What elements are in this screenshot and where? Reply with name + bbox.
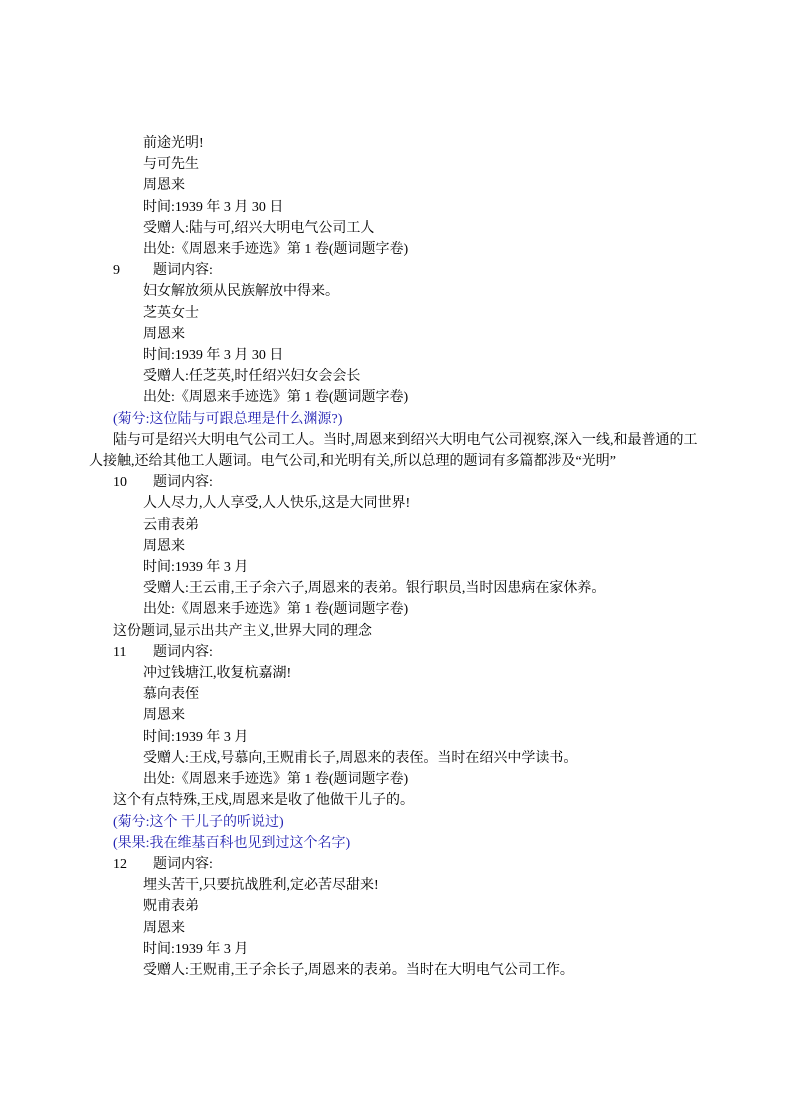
item-number: 9	[113, 260, 153, 281]
inscription-line: 受赠人:王云甫,王子余六子,周恩来的表弟。银行职员,当时因患病在家休养。	[143, 578, 711, 599]
inscription-line: 周恩来	[143, 175, 711, 196]
reader-note: (菊兮:这个 干儿子的听说过)	[89, 812, 711, 833]
inscription-line: 埋头苦干,只要抗战胜利,定必苦尽甜来!	[143, 875, 711, 896]
inscription-line: 冲过钱塘江,收复杭嘉湖!	[143, 663, 711, 684]
item-label: 题词内容:	[153, 475, 213, 490]
inscription-line: 受赠人:王贶甫,王子余长子,周恩来的表弟。当时在大明电气公司工作。	[143, 960, 711, 981]
inscription-line: 时间:1939 年 3 月	[143, 939, 711, 960]
commentary-paragraph: 这个有点特殊,王戍,周恩来是收了他做干儿子的。	[89, 790, 711, 811]
inscription-line: 受赠人:任芝英,时任绍兴妇女会会长	[143, 366, 711, 387]
inscription-line: 人人尽力,人人享受,人人快乐,这是大同世界!	[143, 493, 711, 514]
inscription-line: 出处:《周恩来手迹选》第 1 卷(题词题字卷)	[143, 769, 711, 790]
inscription-line: 慕向表侄	[143, 684, 711, 705]
inscription-line: 云甫表弟	[143, 515, 711, 536]
inscription-line: 妇女解放须从民族解放中得来。	[143, 281, 711, 302]
commentary-paragraph: 这份题词,显示出共产主义,世界大同的理念	[89, 621, 711, 642]
inscription-line: 出处:《周恩来手迹选》第 1 卷(题词题字卷)	[143, 599, 711, 620]
item-number: 11	[113, 642, 153, 663]
inscription-line: 周恩来	[143, 324, 711, 345]
reader-note: (果果:我在维基百科也见到过这个名字)	[89, 833, 711, 854]
inscription-item-heading: 11题词内容:	[113, 642, 711, 663]
inscription-line: 时间:1939 年 3 月	[143, 557, 711, 578]
inscription-line: 周恩来	[143, 918, 711, 939]
inscription-line: 周恩来	[143, 705, 711, 726]
inscription-line: 时间:1939 年 3 月 30 日	[143, 345, 711, 366]
inscription-item-heading: 10题词内容:	[113, 472, 711, 493]
inscription-line: 贶甫表弟	[143, 896, 711, 917]
inscription-line: 出处:《周恩来手迹选》第 1 卷(题词题字卷)	[143, 239, 711, 260]
inscription-line: 受赠人:陆与可,绍兴大明电气公司工人	[143, 218, 711, 239]
inscription-line: 出处:《周恩来手迹选》第 1 卷(题词题字卷)	[143, 387, 711, 408]
item-label: 题词内容:	[153, 645, 213, 660]
inscription-item-heading: 12题词内容:	[113, 854, 711, 875]
item-label: 题词内容:	[153, 857, 213, 872]
inscription-line: 受赠人:王戍,号慕向,王贶甫长子,周恩来的表侄。当时在绍兴中学读书。	[143, 748, 711, 769]
inscription-line: 前途光明!	[143, 133, 711, 154]
reader-note: (菊兮:这位陆与可跟总理是什么渊源?)	[89, 409, 711, 430]
document-text: 前途光明!与可先生周恩来时间:1939 年 3 月 30 日受赠人:陆与可,绍兴…	[89, 133, 711, 981]
commentary-paragraph: 陆与可是绍兴大明电气公司工人。当时,周恩来到绍兴大明电气公司视察,深入一线,和最…	[89, 430, 711, 472]
inscription-line: 时间:1939 年 3 月 30 日	[143, 197, 711, 218]
item-number: 10	[113, 472, 153, 493]
inscription-line: 周恩来	[143, 536, 711, 557]
inscription-line: 芝英女士	[143, 303, 711, 324]
inscription-line: 时间:1939 年 3 月	[143, 727, 711, 748]
inscription-line: 与可先生	[143, 154, 711, 175]
inscription-item-heading: 9题词内容:	[113, 260, 711, 281]
item-number: 12	[113, 854, 153, 875]
item-label: 题词内容:	[153, 263, 213, 278]
